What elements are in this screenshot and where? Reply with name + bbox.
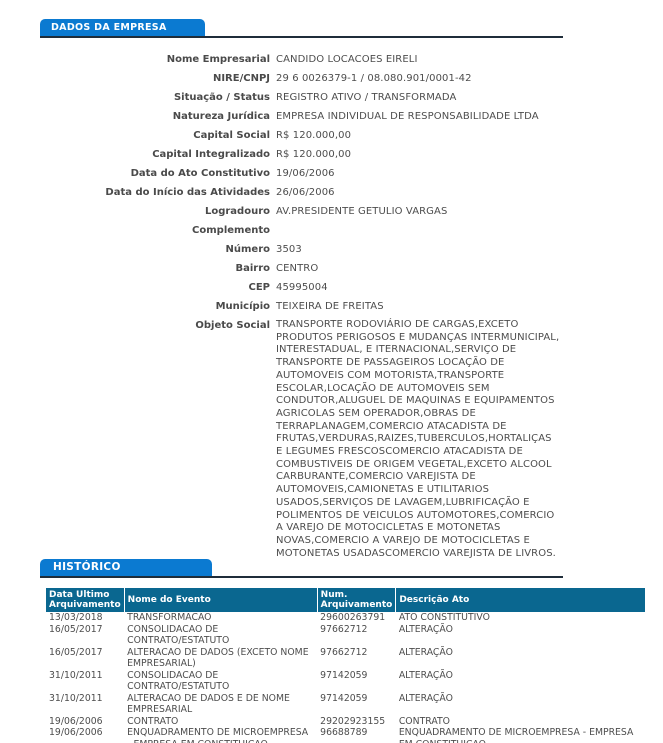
field-label: Situação / Status xyxy=(0,88,270,107)
field-label: Natureza Jurídica xyxy=(0,107,270,126)
column-header-event: Nome do Evento xyxy=(124,588,317,612)
cell-desc: ATO CONSTITUTIVO xyxy=(396,612,645,624)
cell-event: TRANSFORMACAO xyxy=(124,612,317,624)
historico-tab: HISTÓRICO xyxy=(40,559,212,576)
field-value xyxy=(276,221,561,240)
historico-table: Data Ultimo Arquivamento Nome do Evento … xyxy=(46,588,645,743)
cell-desc: ALTERAÇÃO xyxy=(396,693,645,716)
field-label: Complemento xyxy=(0,221,270,240)
cell-num: 97142059 xyxy=(317,670,396,693)
cell-desc: ALTERAÇÃO xyxy=(396,647,645,670)
field-label: Capital Integralizado xyxy=(0,145,270,164)
column-header-desc: Descrição Ato xyxy=(396,588,645,612)
cell-event: ALTERACAO DE DADOS E DE NOME EMPRESARIAL xyxy=(124,693,317,716)
field-value: CENTRO xyxy=(276,259,561,278)
field-row: Complemento xyxy=(0,221,663,240)
table-row: 31/10/2011ALTERACAO DE DADOS E DE NOME E… xyxy=(46,693,645,716)
field-value: AV.PRESIDENTE GETULIO VARGAS xyxy=(276,202,561,221)
cell-date: 31/10/2011 xyxy=(46,670,124,693)
dados-empresa-tab: DADOS DA EMPRESA xyxy=(40,19,205,36)
cell-event: CONTRATO xyxy=(124,716,317,728)
cell-num: 97142059 xyxy=(317,693,396,716)
field-label: Número xyxy=(0,240,270,259)
field-label: Logradouro xyxy=(0,202,270,221)
field-label: Data do Ato Constitutivo xyxy=(0,164,270,183)
field-row: Número3503 xyxy=(0,240,663,259)
cell-date: 16/05/2017 xyxy=(46,647,124,670)
cell-desc: ALTERAÇÃO xyxy=(396,624,645,647)
table-row: 31/10/2011CONSOLIDACAO DE CONTRATO/ESTAT… xyxy=(46,670,645,693)
field-value: 45995004 xyxy=(276,278,561,297)
field-row: Data do Início das Atividades26/06/2006 xyxy=(0,183,663,202)
cell-event: CONSOLIDACAO DE CONTRATO/ESTATUTO xyxy=(124,624,317,647)
field-row: Situação / StatusREGISTRO ATIVO / TRANSF… xyxy=(0,88,663,107)
cell-date: 13/03/2018 xyxy=(46,612,124,624)
cell-desc: ENQUADRAMENTO DE MICROEMPRESA - EMPRESA … xyxy=(396,727,645,743)
field-row: CEP45995004 xyxy=(0,278,663,297)
field-value: R$ 120.000,00 xyxy=(276,145,561,164)
cell-date: 31/10/2011 xyxy=(46,693,124,716)
field-value: REGISTRO ATIVO / TRANSFORMADA xyxy=(276,88,561,107)
table-row: 16/05/2017CONSOLIDACAO DE CONTRATO/ESTAT… xyxy=(46,624,645,647)
field-row: Nome EmpresarialCANDIDO LOCACOES EIRELI xyxy=(0,50,663,69)
field-value: TEIXEIRA DE FREITAS xyxy=(276,297,561,316)
field-label: Município xyxy=(0,297,270,316)
cell-date: 19/06/2006 xyxy=(46,727,124,743)
field-value: R$ 120.000,00 xyxy=(276,126,561,145)
table-header-row: Data Ultimo Arquivamento Nome do Evento … xyxy=(46,588,645,612)
field-value: CANDIDO LOCACOES EIRELI xyxy=(276,50,561,69)
field-row: Capital SocialR$ 120.000,00 xyxy=(0,126,663,145)
cell-num: 29202923155 xyxy=(317,716,396,728)
cell-desc: CONTRATO xyxy=(396,716,645,728)
table-row: 16/05/2017ALTERACAO DE DADOS (EXCETO NOM… xyxy=(46,647,645,670)
field-label: Capital Social xyxy=(0,126,270,145)
cell-event: CONSOLIDACAO DE CONTRATO/ESTATUTO xyxy=(124,670,317,693)
field-row: NIRE/CNPJ29 6 0026379-1 / 08.080.901/000… xyxy=(0,69,663,88)
cell-num: 96688789 xyxy=(317,727,396,743)
field-label: CEP xyxy=(0,278,270,297)
field-label: NIRE/CNPJ xyxy=(0,69,270,88)
field-value: 29 6 0026379-1 / 08.080.901/0001-42 xyxy=(276,69,561,88)
field-row: Objeto SocialTRANSPORTE RODOVIÁRIO DE CA… xyxy=(0,316,663,560)
field-value: 26/06/2006 xyxy=(276,183,561,202)
dados-empresa-header: DADOS DA EMPRESA xyxy=(40,19,563,38)
column-header-num: Num. Arquivamento xyxy=(317,588,396,612)
field-row: MunicípioTEIXEIRA DE FREITAS xyxy=(0,297,663,316)
cell-num: 29600263791 xyxy=(317,612,396,624)
cell-num: 97662712 xyxy=(317,624,396,647)
field-value: EMPRESA INDIVIDUAL DE RESPONSABILIDADE L… xyxy=(276,107,561,126)
cell-date: 19/06/2006 xyxy=(46,716,124,728)
cell-num: 97662712 xyxy=(317,647,396,670)
cell-desc: ALTERAÇÃO xyxy=(396,670,645,693)
field-row: LogradouroAV.PRESIDENTE GETULIO VARGAS xyxy=(0,202,663,221)
company-details: Nome EmpresarialCANDIDO LOCACOES EIRELIN… xyxy=(0,50,663,560)
table-row: 19/06/2006CONTRATO29202923155CONTRATO xyxy=(46,716,645,728)
field-value: TRANSPORTE RODOVIÁRIO DE CARGAS,EXCETO P… xyxy=(276,316,561,560)
historico-header: HISTÓRICO xyxy=(40,559,563,578)
table-row: 19/06/2006ENQUADRAMENTO DE MICROEMPRESA … xyxy=(46,727,645,743)
field-row: Capital IntegralizadoR$ 120.000,00 xyxy=(0,145,663,164)
field-row: Data do Ato Constitutivo19/06/2006 xyxy=(0,164,663,183)
field-label: Data do Início das Atividades xyxy=(0,183,270,202)
field-row: Natureza JurídicaEMPRESA INDIVIDUAL DE R… xyxy=(0,107,663,126)
cell-event: ENQUADRAMENTO DE MICROEMPRESA - EMPRESA … xyxy=(124,727,317,743)
field-value: 3503 xyxy=(276,240,561,259)
field-row: BairroCENTRO xyxy=(0,259,663,278)
column-header-date: Data Ultimo Arquivamento xyxy=(46,588,124,612)
field-value: 19/06/2006 xyxy=(276,164,561,183)
table-row: 13/03/2018TRANSFORMACAO29600263791ATO CO… xyxy=(46,612,645,624)
cell-event: ALTERACAO DE DADOS (EXCETO NOME EMPRESAR… xyxy=(124,647,317,670)
cell-date: 16/05/2017 xyxy=(46,624,124,647)
field-label: Nome Empresarial xyxy=(0,50,270,69)
field-label: Objeto Social xyxy=(0,316,270,560)
field-label: Bairro xyxy=(0,259,270,278)
